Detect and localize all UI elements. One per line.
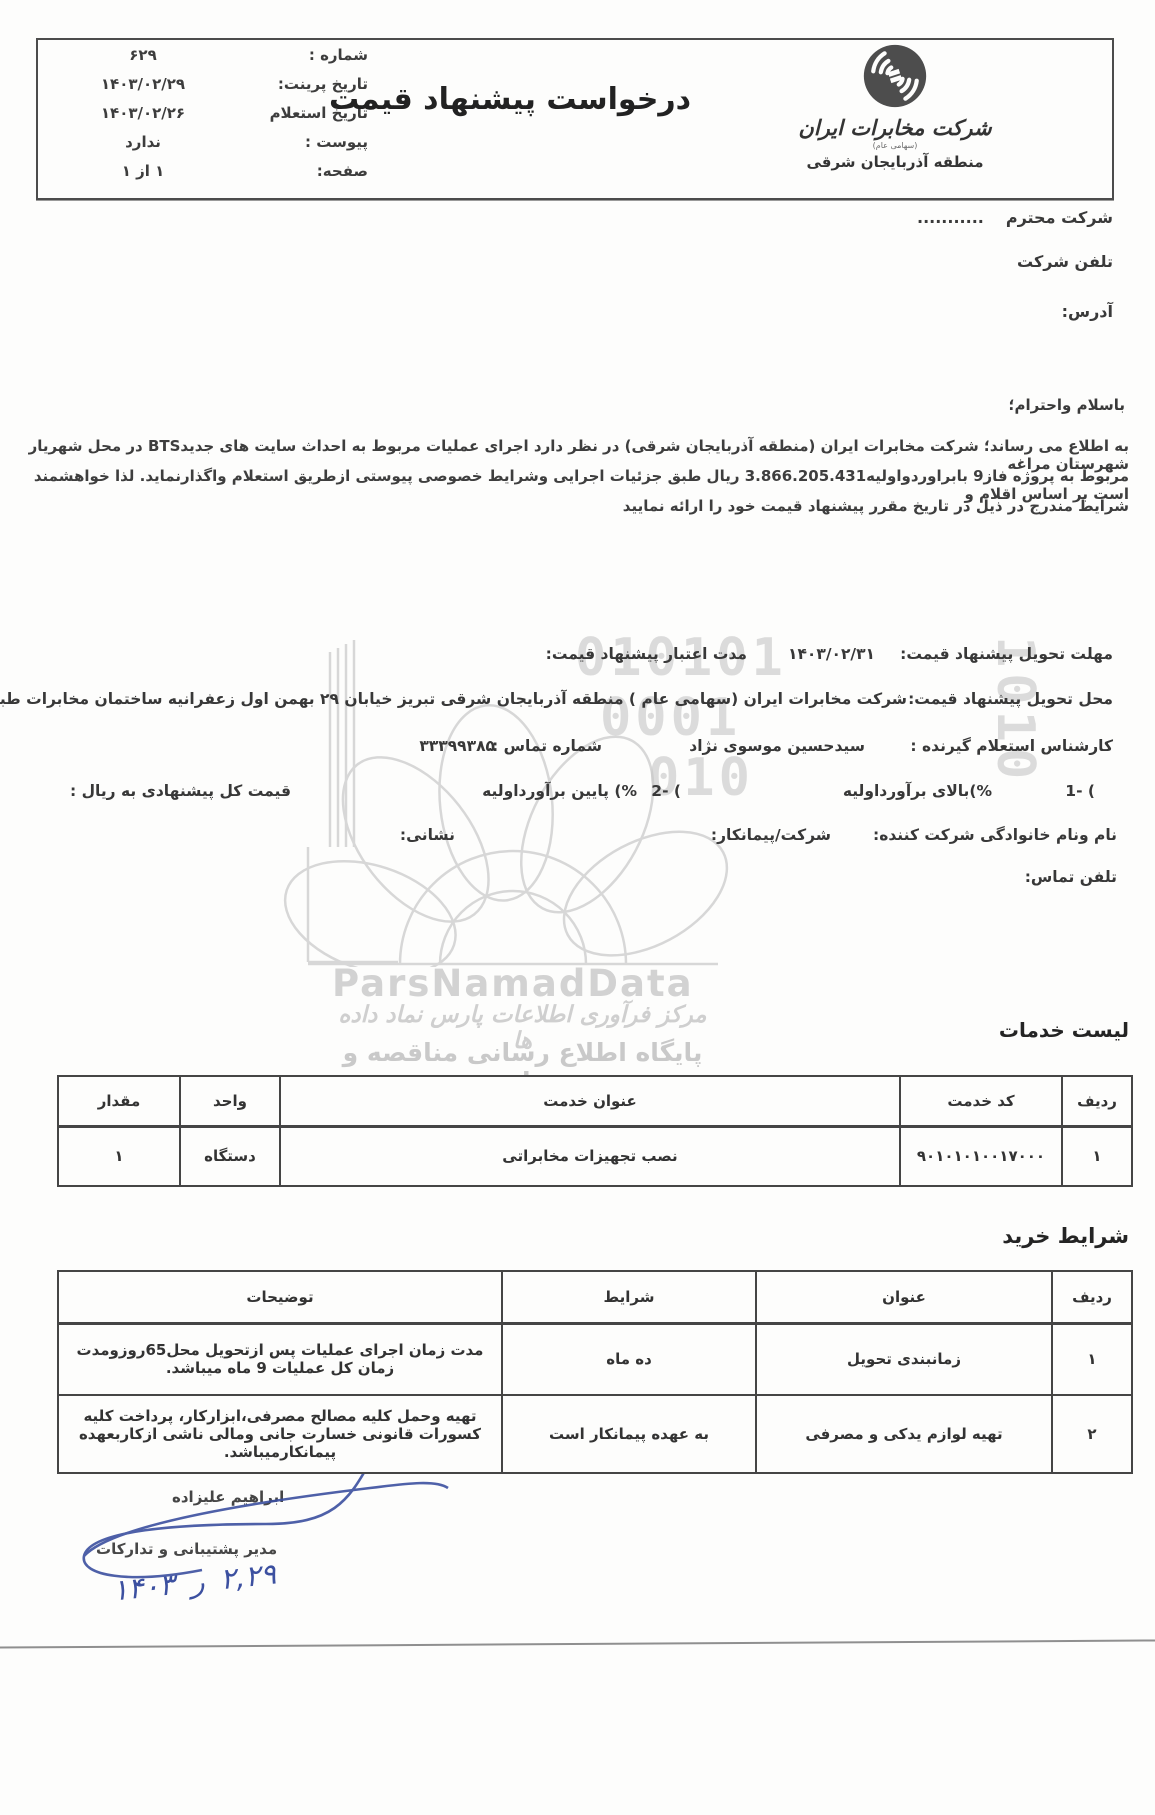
letter-line-3: شرایط مندرج در ذیل در تاریخ مقرر پیشنهاد…	[18, 497, 1129, 515]
purchase-col-notes: توضیحات	[58, 1271, 502, 1323]
purchase-table: ردیف عنوان شرایط توضیحات ۱ زمانبندی تحوی…	[57, 1270, 1133, 1474]
meta-row-attachment: پیوست : ندارد	[58, 133, 368, 162]
purchase-header-row: ردیف عنوان شرایط توضیحات	[58, 1271, 1132, 1323]
purchase-col-title: عنوان	[756, 1271, 1052, 1323]
recipient-company-dots: ...........	[917, 208, 984, 227]
purchase-notes: مدت زمان اجرای عملیات پس ازتحویل محل65رو…	[58, 1323, 502, 1395]
participant-label: نام ونام خانوادگی شرکت کننده:	[873, 826, 1117, 844]
org-name-calligraphy: شرکت مخابرات ایران	[798, 116, 991, 140]
services-col-code: کد خدمت	[900, 1076, 1062, 1126]
below-estimate-num: 2- (	[651, 782, 681, 800]
services-heading: لیست خدمات	[999, 1018, 1129, 1042]
signature-date-year: ۱۴۰۳	[111, 1567, 177, 1607]
purchase-row-number: ۲	[1052, 1395, 1132, 1473]
services-table: ردیف کد خدمت عنوان خدمت واحد مقدار ۱ ۹۰۱…	[57, 1075, 1133, 1187]
scanned-document-page: شماره : ۶۲۹ تاریخ پرینت: ۱۴۰۳/۰۲/۲۹ تاری…	[0, 0, 1155, 1815]
tci-logo-icon	[861, 42, 929, 114]
recipient-company-row: شرکت محترم ...........	[917, 208, 1113, 227]
form-row-participant: نام ونام خانوادگی شرکت کننده: شرکت/پیمان…	[0, 826, 1155, 852]
form-row-expert: کارشناس استعلام گیرنده : سیدحسین موسوی ن…	[0, 737, 1155, 763]
address2-label: نشانی:	[400, 826, 455, 844]
contractor-label: شرکت/پیمانکار:	[711, 826, 831, 844]
place-label: محل تحویل پیشنهاد قیمت:	[908, 690, 1113, 708]
service-code: ۹۰۱۰۱۰۱۰۰۱۷۰۰۰	[900, 1126, 1062, 1186]
recipient-company-label: شرکت محترم	[1006, 208, 1113, 227]
page-title: درخواست پیشنهاد قیمت	[320, 82, 700, 117]
form-row-estimates: 1- ( %)بالای برآورداولیه 2- ( %) پایین ب…	[0, 782, 1155, 808]
above-estimate-num: 1- (	[1065, 782, 1095, 800]
meta-value: ۶۲۹	[68, 46, 218, 64]
expert-value: سیدحسین موسوی نژاد	[689, 737, 865, 755]
contact-value: ۳۳۳۹۹۳۸۵	[419, 737, 495, 755]
bottom-divider	[0, 1639, 1155, 1648]
purchase-row-number: ۱	[1052, 1323, 1132, 1395]
service-title: نصب تجهیزات مخابراتی	[280, 1126, 900, 1186]
form-row-phone: تلفن تماس:	[0, 868, 1155, 894]
meta-value: ندارد	[68, 133, 218, 151]
validity-label: مدت اعتبار پیشنهاد قیمت:	[546, 645, 747, 663]
service-unit: دستگاه	[180, 1126, 280, 1186]
org-subtitle: (سهامی عام)	[873, 141, 918, 150]
services-row-1: ۱ ۹۰۱۰۱۰۱۰۰۱۷۰۰۰ نصب تجهیزات مخابراتی دس…	[58, 1126, 1132, 1186]
phone2-label: تلفن تماس:	[1025, 868, 1117, 886]
org-region-label: منطقه آذربایجان شرقی	[806, 153, 983, 171]
purchase-condition: به عهده پیمانکار است	[502, 1395, 756, 1473]
purchase-row-1: ۱ زمانبندی تحویل ده ماه مدت زمان اجرای ع…	[58, 1323, 1132, 1395]
meta-row-number: شماره : ۶۲۹	[58, 46, 368, 75]
meta-row-page: صفحه: ۱ از ۱	[58, 162, 368, 191]
meta-label: صفحه:	[218, 162, 368, 180]
purchase-title: تهیه لوازم یدکی و مصرفی	[756, 1395, 1052, 1473]
services-col-title: عنوان خدمت	[280, 1076, 900, 1126]
letter-salutation: باسلام واحترام؛	[1009, 396, 1125, 414]
deadline-label: مهلت تحویل پیشنهاد قیمت:	[900, 645, 1113, 663]
form-row-deadline: مهلت تحویل پیشنهاد قیمت: ۱۴۰۳/۰۲/۳۱ مدت …	[0, 645, 1155, 671]
purchase-title: زمانبندی تحویل	[756, 1323, 1052, 1395]
meta-value: ۱۴۰۳/۰۲/۲۶	[68, 104, 218, 122]
services-col-row: ردیف	[1062, 1076, 1132, 1126]
purchase-condition: ده ماه	[502, 1323, 756, 1395]
expert-label: کارشناس استعلام گیرنده :	[910, 737, 1113, 755]
org-logo-block: شرکت مخابرات ایران (سهامی عام) منطقه آذر…	[770, 42, 1020, 171]
meta-value: ۱۴۰۳/۰۲/۲۹	[68, 75, 218, 93]
above-estimate-label: %)بالای برآورداولیه	[843, 782, 992, 800]
meta-value: ۱ از ۱	[68, 162, 218, 180]
purchase-row-2: ۲ تهیه لوازم یدکی و مصرفی به عهده پیمانک…	[58, 1395, 1132, 1473]
deadline-value: ۱۴۰۳/۰۲/۳۱	[788, 645, 875, 663]
recipient-phone-label: تلفن شرکت	[1017, 252, 1113, 271]
below-estimate-label: %) پایین برآورداولیه	[482, 782, 637, 800]
meta-label: پیوست :	[218, 133, 368, 151]
signature-date-day-month: ۲,۲۹	[218, 1557, 277, 1597]
watermark-brand: ParsNamadData	[332, 962, 694, 1005]
place-value: شرکت مخابرات ایران (سهامی عام ) منطقه آذ…	[0, 690, 907, 708]
purchase-notes: تهیه وحمل کلیه مصالح مصرفی،ابزارکار، پرد…	[58, 1395, 502, 1473]
services-col-qty: مقدار	[58, 1076, 180, 1126]
signature-date-separator: ر	[189, 1564, 206, 1599]
service-qty: ۱	[58, 1126, 180, 1186]
form-row-place: محل تحویل پیشنهاد قیمت: شرکت مخابرات ایر…	[0, 690, 1155, 716]
contact-label: شماره تماس :	[492, 737, 602, 755]
recipient-address-label: آدرس:	[1062, 302, 1113, 321]
header-meta-fields: شماره : ۶۲۹ تاریخ پرینت: ۱۴۰۳/۰۲/۲۹ تاری…	[58, 46, 368, 191]
services-header-row: ردیف کد خدمت عنوان خدمت واحد مقدار	[58, 1076, 1132, 1126]
meta-label: شماره :	[218, 46, 368, 64]
service-row-number: ۱	[1062, 1126, 1132, 1186]
services-col-unit: واحد	[180, 1076, 280, 1126]
purchase-col-row: ردیف	[1052, 1271, 1132, 1323]
purchase-col-conditions: شرایط	[502, 1271, 756, 1323]
total-price-label: قیمت کل پیشنهادی به ریال :	[70, 782, 291, 800]
purchase-heading: شرایط خرید	[1002, 1224, 1129, 1248]
